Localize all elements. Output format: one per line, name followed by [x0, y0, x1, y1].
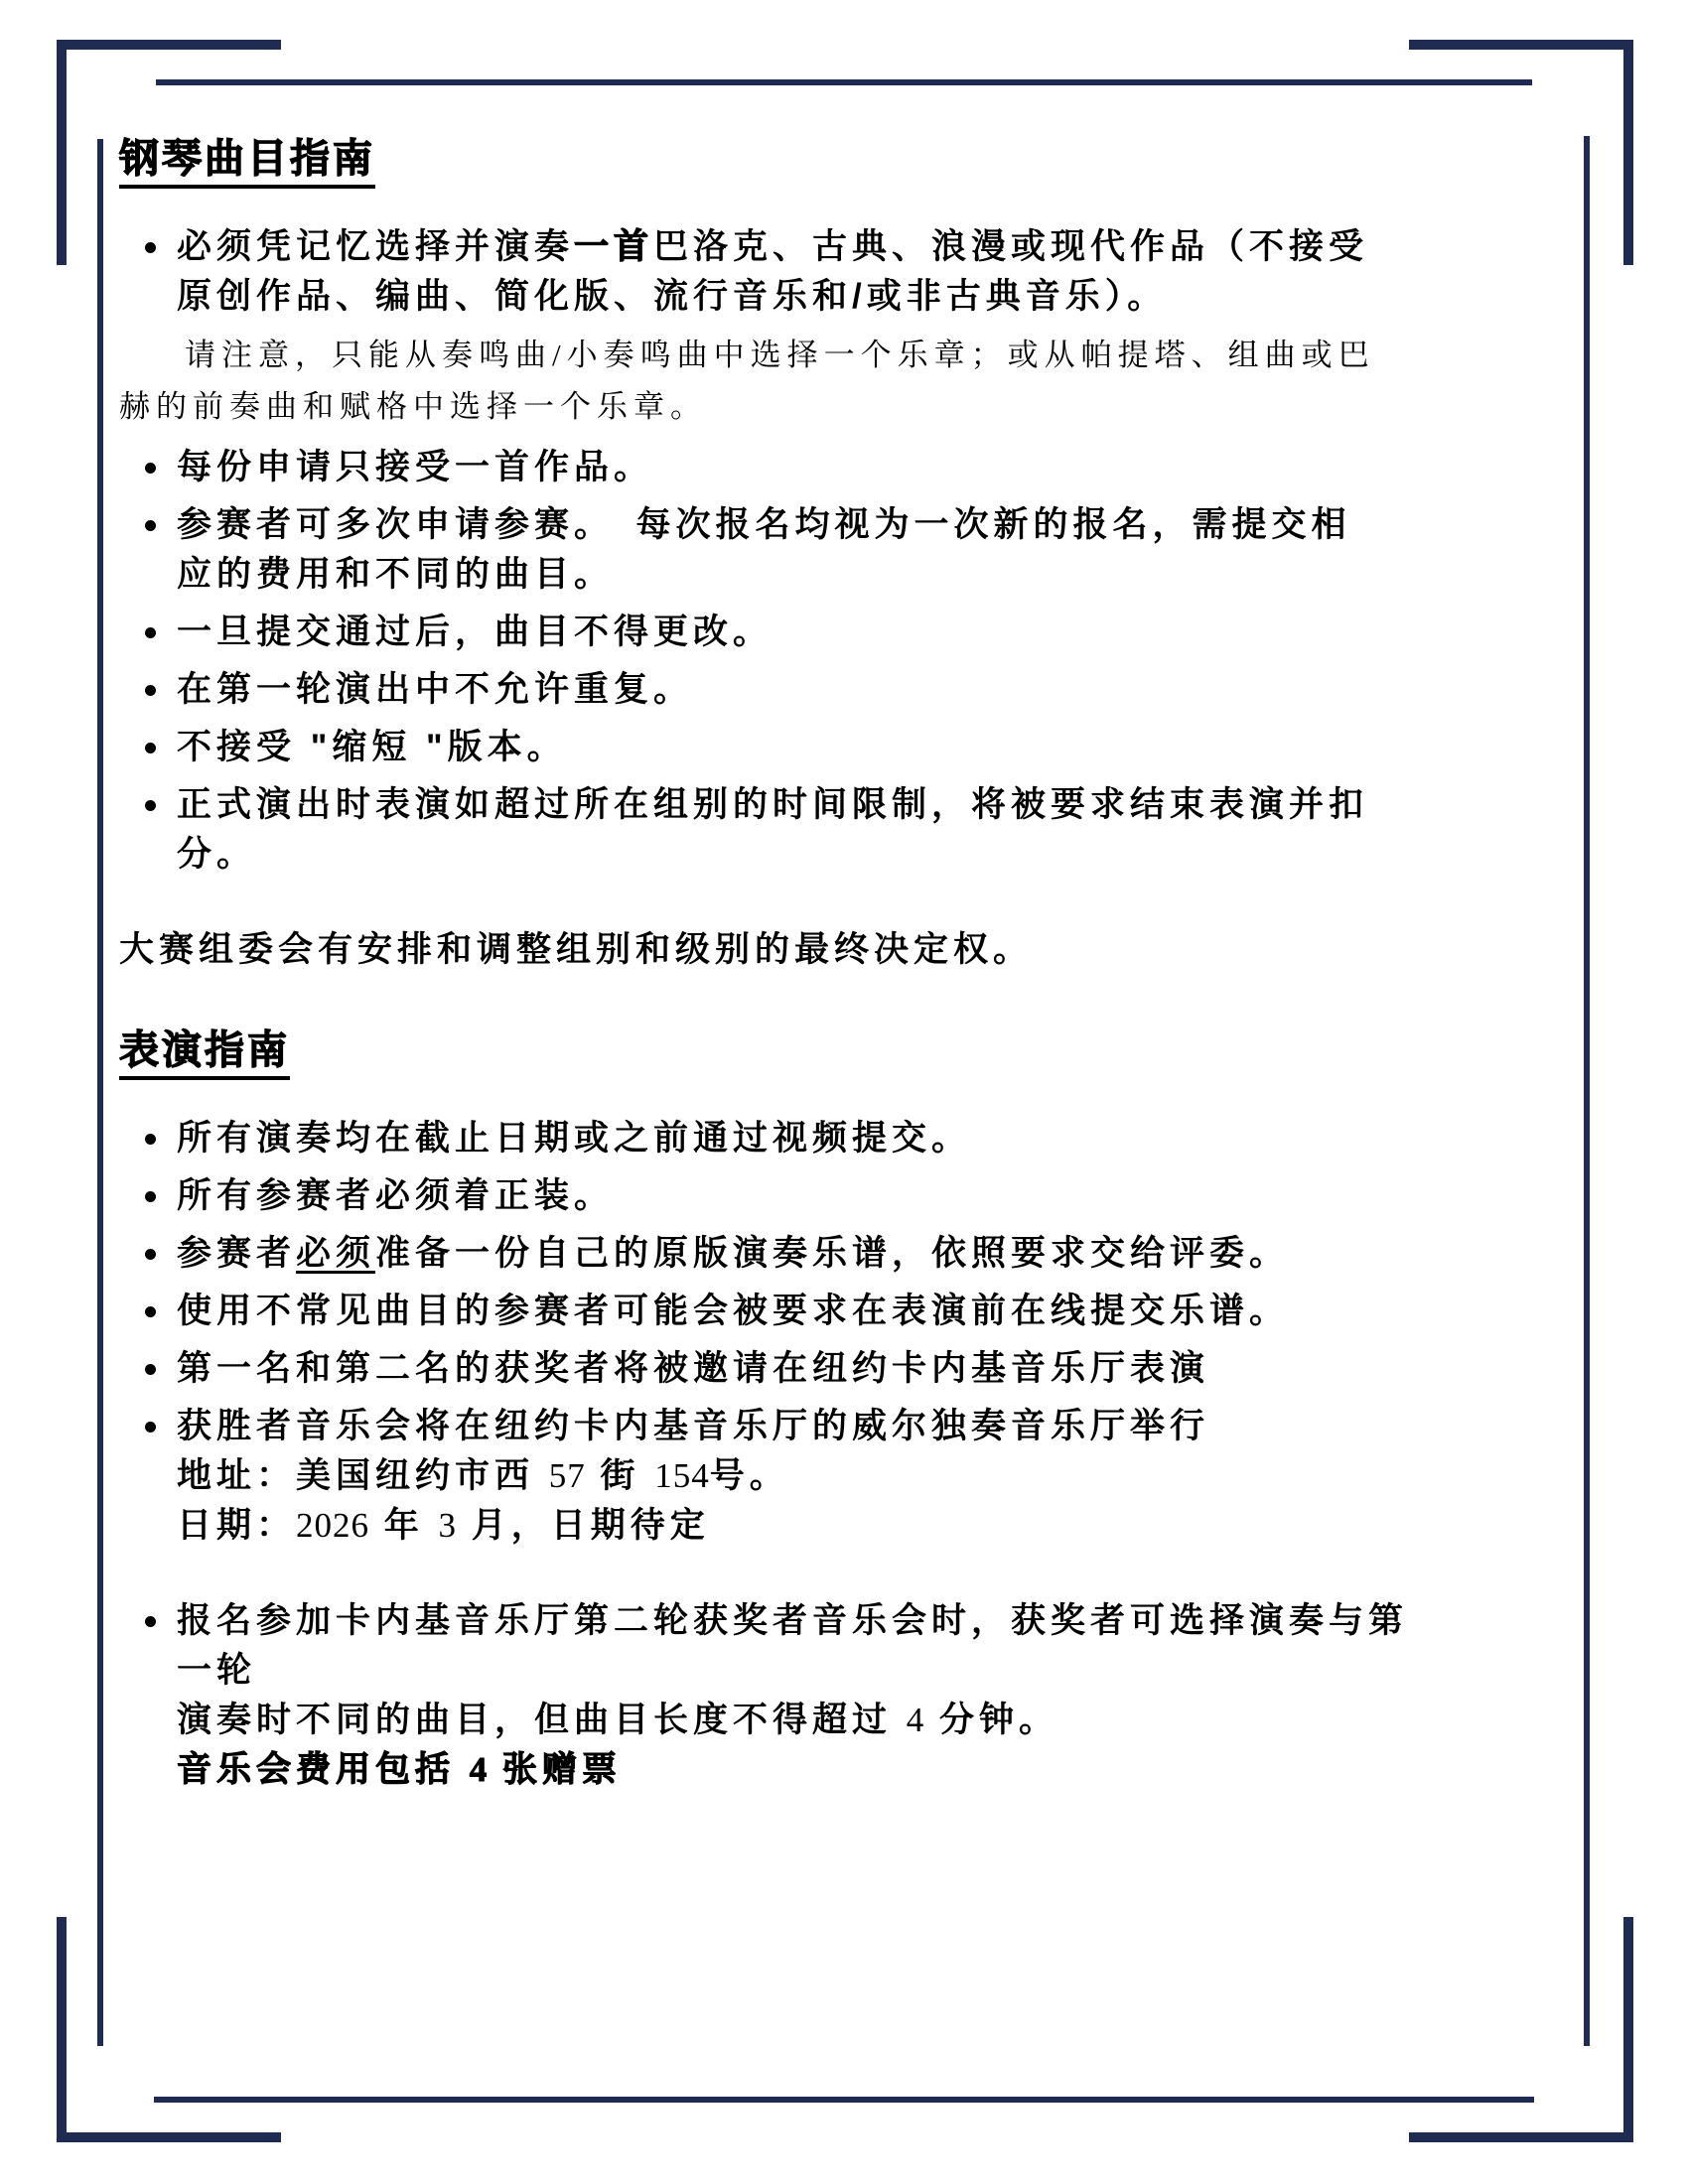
bullet-dot: [145, 685, 156, 696]
frame-inner-top-line: [156, 79, 1532, 85]
bullet-dot: [145, 520, 156, 531]
bullet-dot: [145, 1191, 156, 1202]
concert-fee-tickets-line: 音乐会费用包括 4 张赠票: [177, 1745, 1440, 1795]
frame-inner-right-line: [1584, 136, 1590, 2046]
frame-outer-top-right-horizontal: [1409, 40, 1633, 50]
bullet-video-submission: 所有演奏均在截止日期或之前通过视频提交。: [145, 1114, 1440, 1163]
bullet-text-line: 正式演出时表演如超过所在组别的时间限制，将被要求结束表演并扣: [177, 780, 1368, 830]
frame-outer-bottom-right-vertical: [1623, 1917, 1633, 2142]
frame-inner-bottom-line: [154, 2097, 1534, 2103]
bullet-text-line: 参赛者必须准备一份自己的原版演奏乐谱，依照要求交给评委。: [177, 1229, 1289, 1279]
note-paragraph: 请注意，只能从奏鸣曲/小奏鸣曲中选择一个乐章；或从帕提塔、组曲或巴 赫的前奏曲和…: [153, 330, 1440, 433]
frame-outer-top-right-vertical: [1623, 40, 1633, 265]
note-line: 赫的前奏曲和赋格中选择一个乐章。: [119, 381, 1440, 433]
note-line: 请注意，只能从奏鸣曲/小奏鸣曲中选择一个乐章；或从帕提塔、组曲或巴: [153, 330, 1440, 381]
bullet-text-line: 不接受 "缩短 "版本。: [177, 723, 567, 772]
repertoire-bullet-list: 必须凭记忆选择并演奏一首巴洛克、古典、浪漫或现代作品（不接受 原创作品、编曲、简…: [145, 222, 1440, 880]
frame-outer-bottom-right-horizontal: [1409, 2132, 1633, 2142]
bullet-dot: [145, 1134, 156, 1145]
performance-section: 表演指南 所有演奏均在截止日期或之前通过视频提交。 所有参赛者必须着正装。: [119, 1028, 1440, 1795]
bullet-memory-selection: 必须凭记忆选择并演奏一首巴洛克、古典、浪漫或现代作品（不接受 原创作品、编曲、简…: [145, 222, 1440, 322]
bullet-text-line: 演奏时不同的曲目，但曲目长度不得超过 4 分钟。: [177, 1696, 1440, 1745]
frame-outer-top-left-vertical: [57, 40, 67, 265]
bullet-text-line: 应的费用和不同的曲目。: [177, 550, 1351, 600]
bullet-dot: [145, 242, 156, 253]
repertoire-section: 钢琴曲目指南 必须凭记忆选择并演奏一首巴洛克、古典、浪漫或现代作品（不接受 原创…: [119, 137, 1440, 975]
bullet-text-line: 一旦提交通过后，曲目不得更改。: [177, 608, 773, 657]
bullet-second-round-repertoire: 报名参加卡内基音乐厅第二轮获奖者音乐会时，获奖者可选择演奏与第一轮 演奏时不同的…: [145, 1596, 1440, 1795]
repertoire-section-title: 钢琴曲目指南: [119, 137, 375, 189]
bullet-no-repeats-first-round: 在第一轮演出中不允许重复。: [145, 665, 1440, 715]
bullet-dot: [145, 1249, 156, 1260]
bullet-text-line: 获胜者音乐会将在纽约卡内基音乐厅的威尔独奏音乐厅举行: [177, 1402, 1209, 1451]
committee-final-decision-paragraph: 大赛组委会有安排和调整组别和级别的最终决定权。: [119, 925, 1440, 975]
bullet-one-piece-per-application: 每份申请只接受一首作品。: [145, 443, 1440, 492]
bullet-text-line: 原创作品、编曲、简化版、流行音乐和/或非古典音乐）。: [177, 272, 1368, 322]
bullet-dot: [145, 743, 156, 753]
venue-address-line: 地址：美国纽约市西 57 街 154号。: [177, 1451, 1209, 1501]
bullet-dot: [145, 1306, 156, 1317]
bullet-dot: [145, 463, 156, 474]
content-column: 钢琴曲目指南 必须凭记忆选择并演奏一首巴洛克、古典、浪漫或现代作品（不接受 原创…: [119, 137, 1440, 1803]
frame-outer-bottom-left-horizontal: [57, 2132, 281, 2142]
bullet-original-score-required: 参赛者必须准备一份自己的原版演奏乐谱，依照要求交给评委。: [145, 1229, 1440, 1279]
bullet-text-line: 参赛者可多次申请参赛。 每次报名均视为一次新的报名，需提交相: [177, 500, 1351, 550]
bullet-time-limit-penalty: 正式演出时表演如超过所在组别的时间限制，将被要求结束表演并扣 分。: [145, 780, 1440, 880]
frame-inner-left-line: [97, 139, 103, 2046]
frame-outer-bottom-left-vertical: [57, 1917, 67, 2142]
bullet-no-shortened-versions: 不接受 "缩短 "版本。: [145, 723, 1440, 772]
bullet-text-line: 每份申请只接受一首作品。: [177, 443, 653, 492]
performance-section-title: 表演指南: [119, 1028, 290, 1080]
bullet-winners-invited-carnegie: 第一名和第二名的获奖者将被邀请在纽约卡内基音乐厅表演: [145, 1344, 1440, 1394]
bullet-uncommon-repertoire-upload: 使用不常见曲目的参赛者可能会被要求在表演前在线提交乐谱。: [145, 1287, 1440, 1336]
concert-date-line: 日期：2026 年 3 月，日期待定: [177, 1501, 1209, 1551]
bullet-text-line: 必须凭记忆选择并演奏一首巴洛克、古典、浪漫或现代作品（不接受: [177, 222, 1368, 272]
bullet-text-line: 第一名和第二名的获奖者将被邀请在纽约卡内基音乐厅表演: [177, 1344, 1209, 1394]
bullet-no-change-after-submission: 一旦提交通过后，曲目不得更改。: [145, 608, 1440, 657]
bullet-text-line: 分。: [177, 830, 1368, 880]
bullet-text-line: 所有参赛者必须着正装。: [177, 1171, 614, 1221]
bullet-dot: [145, 627, 156, 638]
performance-bullet-list: 所有演奏均在截止日期或之前通过视频提交。 所有参赛者必须着正装。 参赛者必须准备…: [145, 1114, 1440, 1795]
frame-outer-top-left-horizontal: [57, 40, 281, 50]
bullet-dot: [145, 1616, 156, 1627]
bullet-multiple-applications: 参赛者可多次申请参赛。 每次报名均视为一次新的报名，需提交相 应的费用和不同的曲…: [145, 500, 1440, 600]
bullet-text-line: 使用不常见曲目的参赛者可能会被要求在表演前在线提交乐谱。: [177, 1287, 1289, 1336]
bullet-text-line: 报名参加卡内基音乐厅第二轮获奖者音乐会时，获奖者可选择演奏与第一轮: [177, 1596, 1440, 1696]
bullet-dot: [145, 800, 156, 811]
bullet-text-line: 在第一轮演出中不允许重复。: [177, 665, 693, 715]
bullet-dot: [145, 1422, 156, 1433]
document-page: 钢琴曲目指南 必须凭记忆选择并演奏一首巴洛克、古典、浪漫或现代作品（不接受 原创…: [0, 0, 1688, 2184]
bullet-text-line: 所有演奏均在截止日期或之前通过视频提交。: [177, 1114, 971, 1163]
bullet-formal-attire: 所有参赛者必须着正装。: [145, 1171, 1440, 1221]
bullet-dot: [145, 1364, 156, 1375]
bullet-winners-concert-weill-hall: 获胜者音乐会将在纽约卡内基音乐厅的威尔独奏音乐厅举行 地址：美国纽约市西 57 …: [145, 1402, 1440, 1551]
